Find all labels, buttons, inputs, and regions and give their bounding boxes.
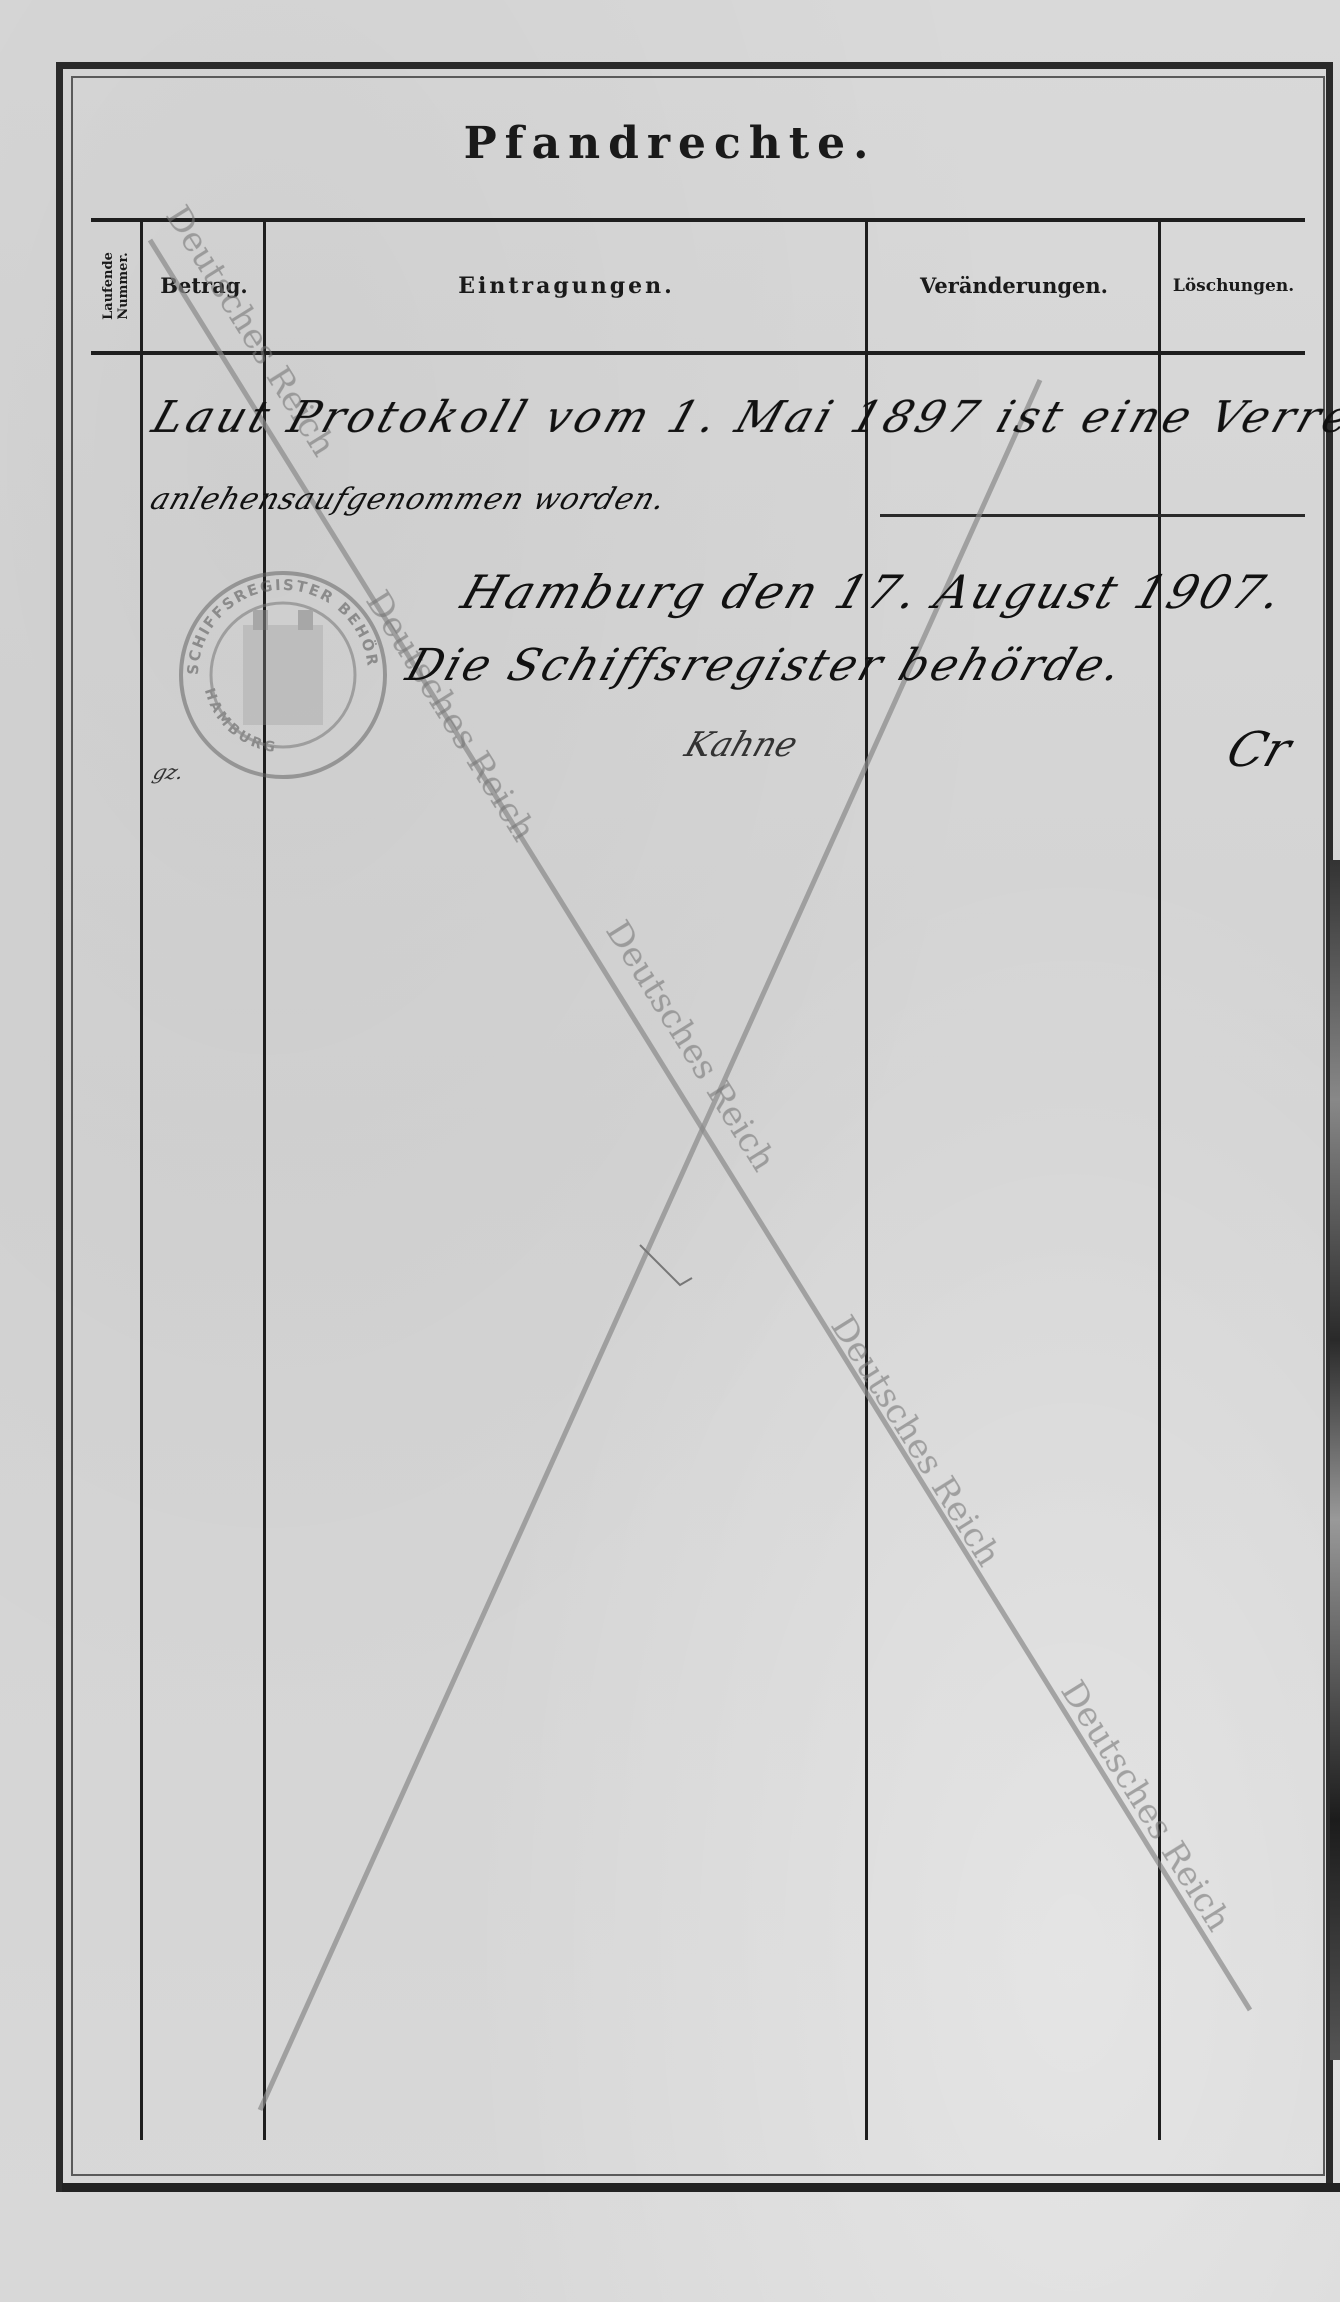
torn-page-edge <box>1330 860 1340 2060</box>
document-page: Pfandrechte. Laufende Nummer. Betrag. Ei… <box>0 0 1340 2302</box>
deutsches-reich-stamps: Deutsches Reich Deutsches Reich Deutsche… <box>157 199 1238 1939</box>
stamp-overlay: SCHIFFSREGISTER BEHÖRDE HAMBURG Deutsche… <box>0 0 1340 2302</box>
handwritten-entry-line-3: Hamburg den 17. August 1907. <box>455 565 1292 619</box>
handwritten-entry-line-1: Laut Protokoll vom 1. Mai 1897 ist eine … <box>146 392 1340 443</box>
svg-text:Deutsches Reich: Deutsches Reich <box>822 1309 1008 1574</box>
svg-text:Deutsches Reich: Deutsches Reich <box>597 914 783 1179</box>
svg-text:Deutsches Reich: Deutsches Reich <box>357 584 543 849</box>
handwritten-signature: Kahne <box>680 725 803 765</box>
svg-text:SCHIFFSREGISTER BEHÖRDE: SCHIFFSREGISTER BEHÖRDE <box>0 0 382 675</box>
official-seal-icon: SCHIFFSREGISTER BEHÖRDE HAMBURG <box>0 0 385 777</box>
svg-text:Deutsches Reich: Deutsches Reich <box>1052 1674 1238 1939</box>
handwritten-entry-line-4: Die Schiffsregister behörde. <box>400 640 1131 691</box>
handwritten-entry-line-2: anlehensaufgenommen worden. <box>146 482 671 517</box>
